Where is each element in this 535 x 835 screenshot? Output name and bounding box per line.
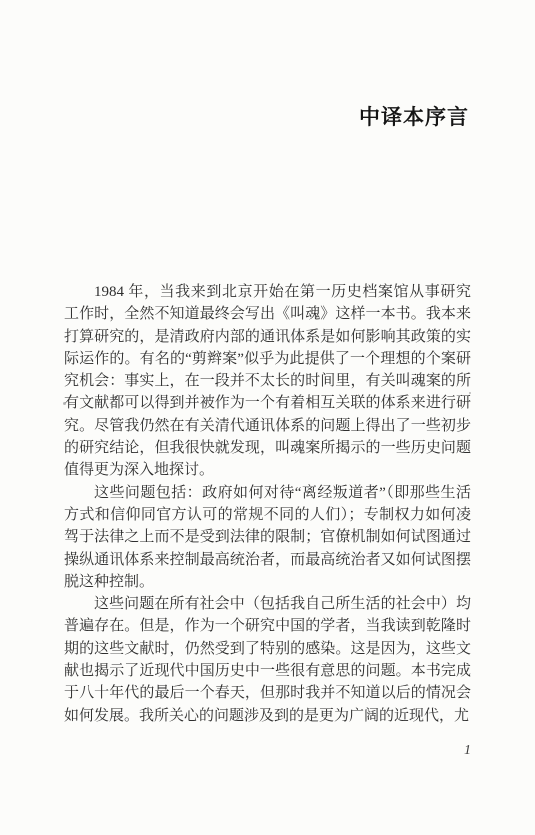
paragraph-2: 这些问题包括：政府如何对待“离经叛道者”（即那些生活方式和信仰同官方认可的常规不… [64,482,471,593]
scan-speck [63,402,66,405]
page-title: 中译本序言 [359,101,469,131]
text-body: 1984 年，当我来到北京开始在第一历史档案馆从事研究工作时，全然不知道最终会写… [64,281,471,727]
scan-speck [469,392,471,394]
book-page: 中译本序言 1984 年，当我来到北京开始在第一历史档案馆从事研究工作时，全然不… [0,0,535,835]
paragraph-3: 这些问题在所有社会中（包括我自己所生活的社会中）均普遍存在。但是，作为一个研究中… [64,593,471,727]
paragraph-1: 1984 年，当我来到北京开始在第一历史档案馆从事研究工作时，全然不知道最终会写… [64,281,471,482]
page-number: 1 [464,743,471,759]
